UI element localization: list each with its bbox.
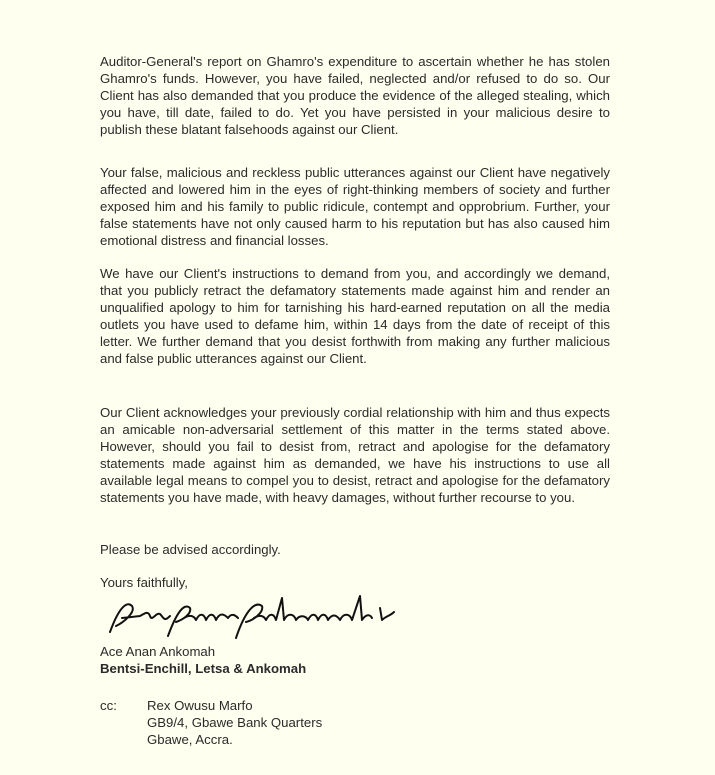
law-firm-name: Bentsi-Enchill, Letsa & Ankomah	[100, 660, 306, 677]
cc-address-line-1: GB9/4, Gbawe Bank Quarters	[147, 714, 322, 731]
cc-label: cc:	[100, 697, 117, 714]
signer-name: Ace Anan Ankomah	[100, 643, 215, 660]
handwritten-signature	[104, 592, 404, 644]
paragraph-demand: We have our Client's instructions to dem…	[100, 265, 610, 367]
cc-recipient-name: Rex Owusu Marfo	[147, 697, 322, 714]
paragraph-auditor-report: Auditor-General's report on Ghamro's exp…	[100, 53, 610, 138]
advise-line: Please be advised accordingly.	[100, 541, 281, 558]
cc-address-line-2: Gbawe, Accra.	[147, 731, 322, 748]
closing-salutation: Yours faithfully,	[100, 574, 188, 591]
paragraph-settlement: Our Client acknowledges your previously …	[100, 404, 610, 506]
cc-recipient: Rex Owusu Marfo GB9/4, Gbawe Bank Quarte…	[147, 697, 322, 748]
letter-page: Auditor-General's report on Ghamro's exp…	[0, 0, 715, 775]
paragraph-damages: Your false, malicious and reckless publi…	[100, 164, 610, 249]
